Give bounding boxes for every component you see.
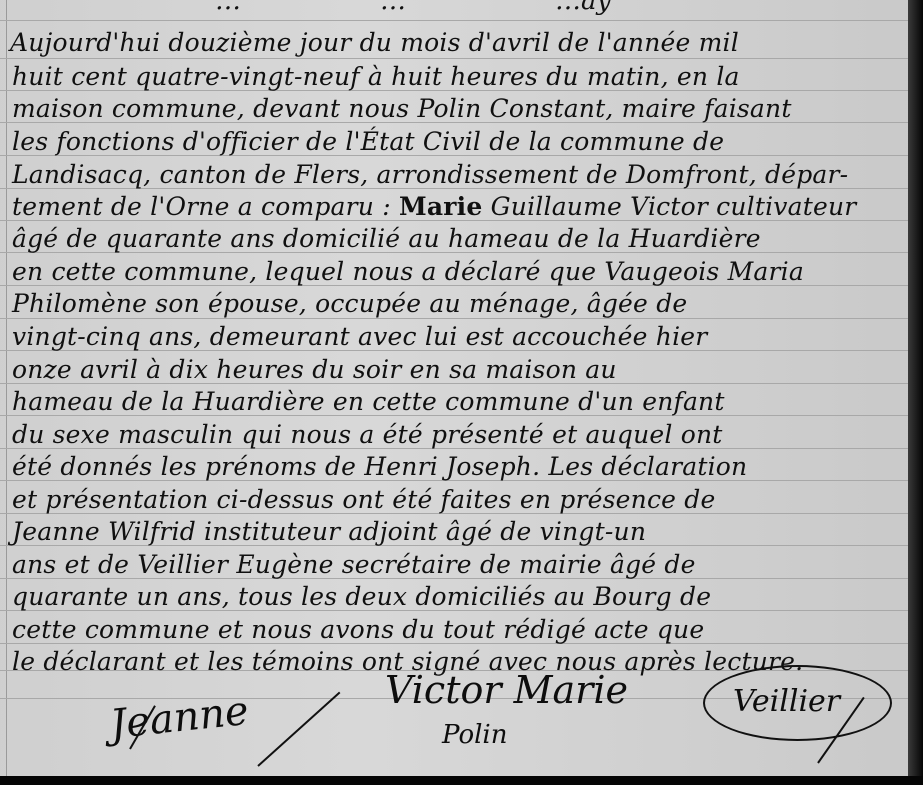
ruled-line — [0, 58, 908, 59]
text-line-12: hameau de la Huardière en cette commune … — [12, 387, 725, 416]
text-line-11: onze avril à dix heures du soir en sa ma… — [12, 355, 617, 384]
text-line-18: quarante un ans, tous les deux domicilié… — [12, 582, 711, 611]
previous-entry-fragment: … — [380, 0, 406, 16]
previous-entry-fragment: …ay — [555, 0, 611, 16]
signature-declarant: Victor Marie — [385, 668, 628, 712]
text-line-17: ans et de Veillier Eugène secrétaire de … — [12, 550, 696, 579]
text-line-3: maison commune, devant nous Polin Consta… — [12, 94, 792, 123]
signature-witness-2: Veillier — [733, 684, 840, 719]
signature-witness-1: Jeanne — [108, 688, 251, 748]
text-line-4: les fonctions d'officier de l'État Civil… — [12, 127, 724, 156]
signature-mayor: Polin — [442, 720, 507, 750]
ruled-line — [0, 318, 908, 319]
text-line-7: âgé de quarante ans domicilié au hameau … — [12, 224, 761, 253]
registry-page: … … …ay Aujourd'hui douzième jour du moi… — [0, 0, 908, 776]
text-line-9: Philomène son épouse, occupée au ménage,… — [12, 289, 687, 318]
page-binding-edge — [908, 0, 923, 785]
page-bottom-edge — [0, 776, 923, 785]
text-line-5: Landisacq, canton de Flers, arrondisseme… — [12, 160, 848, 189]
text-line-14: été donnés les prénoms de Henri Joseph. … — [12, 452, 747, 481]
margin-rule — [6, 0, 7, 776]
text-line-6: tement de l'Orne a comparu : Marie Guill… — [12, 192, 856, 221]
text-line-16: Jeanne Wilfrid instituteur adjoint âgé d… — [12, 517, 646, 546]
text-line-8: en cette commune, lequel nous a déclaré … — [12, 257, 804, 286]
ruled-line — [0, 20, 908, 21]
declarant-name: Marie — [399, 192, 482, 221]
text-line-19: cette commune et nous avons du tout rédi… — [12, 615, 704, 644]
signature-flourish — [257, 692, 340, 767]
text-line-2: huit cent quatre-vingt-neuf à huit heure… — [12, 62, 740, 91]
text-line-15: et présentation ci-dessus ont été faites… — [12, 485, 716, 514]
text-line-13: du sexe masculin qui nous a été présenté… — [12, 420, 723, 449]
text-line-10: vingt-cinq ans, demeurant avec lui est a… — [12, 322, 707, 351]
previous-entry-fragment: … — [215, 0, 241, 16]
text-line-1: Aujourd'hui douzième jour du mois d'avri… — [10, 28, 739, 57]
